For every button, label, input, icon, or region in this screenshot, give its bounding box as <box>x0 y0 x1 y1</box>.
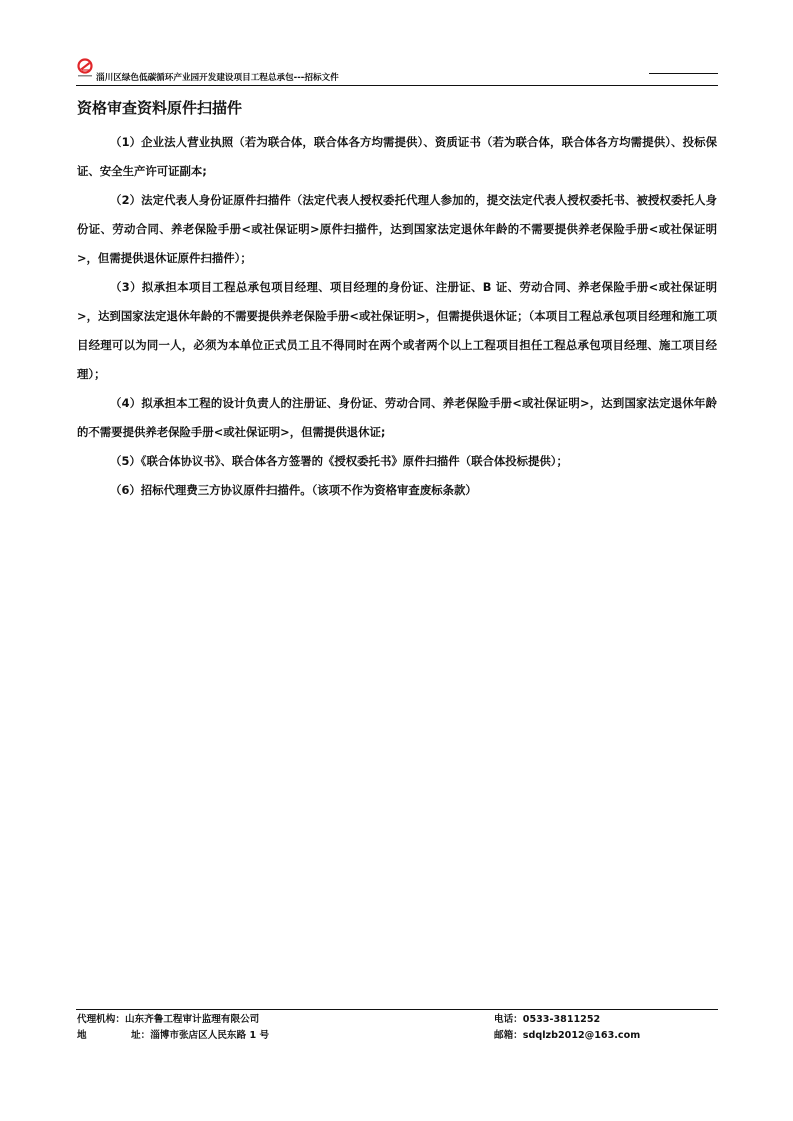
document-title: 资格审查资料原件扫描件 <box>77 97 242 118</box>
agency-value: 山东齐鲁工程审计监理有限公司 <box>125 1014 259 1025</box>
footer-row-1: 代理机构：山东齐鲁工程审计监理有限公司 电话：0533-3811252 <box>77 1012 717 1028</box>
phone-info: 电话：0533-3811252 <box>494 1012 600 1028</box>
email-label: 邮箱： <box>494 1030 523 1041</box>
document-body: （1）企业法人营业执照（若为联合体，联合体各方均需提供）、资质证书（若为联合体，… <box>77 128 717 505</box>
agency-label: 代理机构： <box>77 1014 125 1025</box>
address-value: 淄博市张店区人民东路 1 号 <box>150 1030 269 1041</box>
paragraph-1: （1）企业法人营业执照（若为联合体，联合体各方均需提供）、资质证书（若为联合体，… <box>77 128 717 186</box>
agency-info: 代理机构：山东齐鲁工程审计监理有限公司 <box>77 1012 259 1028</box>
phone-value: 0533-3811252 <box>523 1014 600 1025</box>
paragraph-3: （3）拟承担本项目工程总承包项目经理、项目经理的身份证、注册证、B 证、劳动合同… <box>77 273 717 389</box>
email-value: sdqlzb2012@163.com <box>523 1030 640 1041</box>
page-header: 淄川区绿色低碳循环产业园开发建设项目工程总承包---招标文件 <box>76 58 718 84</box>
paragraph-2: （2）法定代表人身份证原件扫描件（法定代表人授权委托代理人参加的，提交法定代表人… <box>77 186 717 273</box>
footer-rule <box>76 1009 718 1010</box>
page-footer: 代理机构：山东齐鲁工程审计监理有限公司 电话：0533-3811252 地址：淄… <box>77 1012 717 1044</box>
phone-label: 电话： <box>494 1014 523 1025</box>
paragraph-6: （6）招标代理费三方协议原件扫描件。（该项不作为资格审查废标条款） <box>77 476 717 505</box>
footer-row-2: 地址：淄博市张店区人民东路 1 号 邮箱：sdqlzb2012@163.com <box>77 1028 717 1044</box>
company-logo-icon <box>76 58 94 80</box>
email-info: 邮箱：sdqlzb2012@163.com <box>494 1028 640 1044</box>
address-info: 地址：淄博市张店区人民东路 1 号 <box>77 1028 269 1044</box>
header-short-rule <box>649 73 718 74</box>
header-title: 淄川区绿色低碳循环产业园开发建设项目工程总承包---招标文件 <box>96 71 339 83</box>
paragraph-5: （5）《联合体协议书》、联合体各方签署的《授权委托书》原件扫描件（联合体投标提供… <box>77 447 717 476</box>
paragraph-4: （4）拟承担本工程的设计负责人的注册证、身份证、劳动合同、养老保险手册<或社保证… <box>77 389 717 447</box>
address-label-2: 址： <box>131 1030 150 1041</box>
address-label-1: 地 <box>77 1028 131 1044</box>
header-rule <box>76 85 718 86</box>
